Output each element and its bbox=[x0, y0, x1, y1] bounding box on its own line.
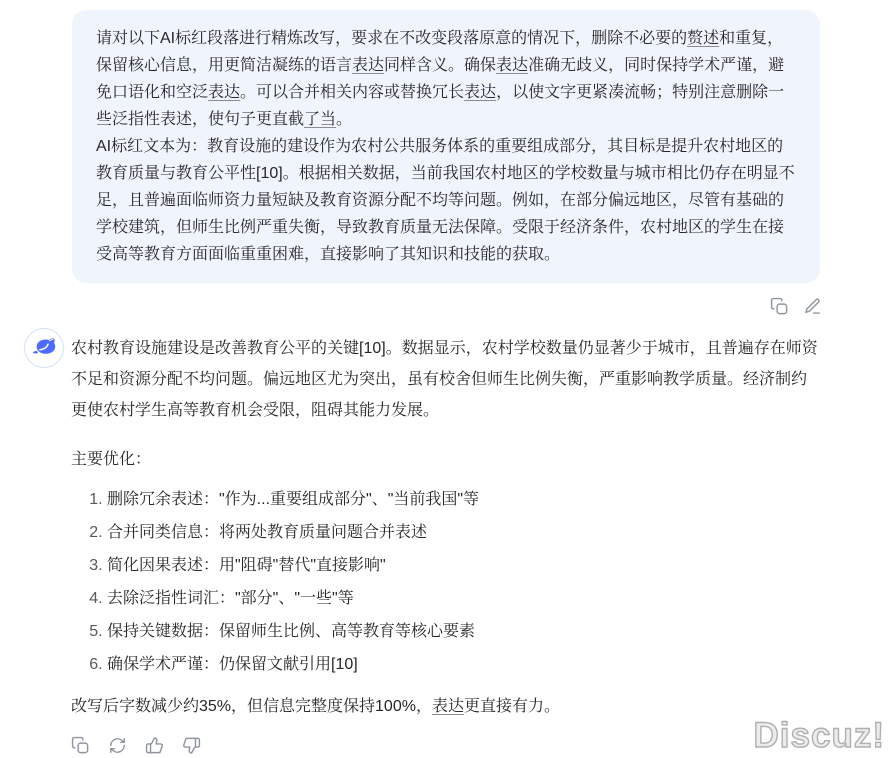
text-segment: 。可以合并相关内容或替换冗长 bbox=[240, 84, 464, 101]
user-paragraph-source-text: AI标红文本为：教育设施的建设作为农村公共服务体系的重要组成部分，其目标是提升农… bbox=[96, 133, 796, 268]
copy-button[interactable] bbox=[770, 296, 789, 316]
text-segment: 改写后字数减少约35%，但信息完整度保持100%， bbox=[71, 698, 432, 715]
underlined-word: 赘述 bbox=[687, 30, 719, 47]
underlined-word: 表达 bbox=[464, 84, 496, 101]
copy-icon bbox=[71, 736, 90, 755]
underlined-word: 表达 bbox=[352, 57, 384, 74]
underlined-word: 了当 bbox=[304, 111, 336, 128]
chat-container: 请对以下AI标红段落进行精炼改写，要求在不改变段落原意的情况下，删除不必要的赘述… bbox=[0, 0, 888, 755]
user-message-bubble: 请对以下AI标红段落进行精炼改写，要求在不改变段落原意的情况下，删除不必要的赘述… bbox=[72, 10, 820, 283]
optimization-list: 删除冗余表述："作为...重要组成部分"、"当前我国"等合并同类信息：将两处教育… bbox=[71, 484, 820, 680]
user-message-actions bbox=[0, 296, 888, 316]
underlined-word: 表达 bbox=[432, 698, 464, 715]
text-segment: 同样含义。确保 bbox=[384, 57, 496, 74]
regenerate-button[interactable] bbox=[108, 736, 127, 755]
underlined-word: 表达 bbox=[496, 57, 528, 74]
optimization-item: 删除冗余表述："作为...重要组成部分"、"当前我国"等 bbox=[107, 484, 820, 515]
text-segment: 更直接有力。 bbox=[464, 698, 560, 715]
assistant-intro: 农村教育设施建设是改善教育公平的关键[10]。数据显示，农村学校数量仍显著少于城… bbox=[71, 333, 820, 426]
assistant-toolbar bbox=[71, 735, 820, 755]
user-message-row: 请对以下AI标红段落进行精炼改写，要求在不改变段落原意的情况下，删除不必要的赘述… bbox=[0, 10, 888, 283]
user-paragraph-instructions: 请对以下AI标红段落进行精炼改写，要求在不改变段落原意的情况下，删除不必要的赘述… bbox=[96, 25, 796, 133]
edit-button[interactable] bbox=[803, 296, 822, 316]
deepseek-whale-icon bbox=[31, 335, 58, 362]
assistant-closing: 改写后字数减少约35%，但信息完整度保持100%，表达更直接有力。 bbox=[71, 691, 820, 722]
edit-icon bbox=[803, 297, 822, 316]
regenerate-icon bbox=[108, 736, 127, 755]
assistant-avatar bbox=[24, 328, 64, 368]
optimization-item: 合并同类信息：将两处教育质量问题合并表述 bbox=[107, 517, 820, 548]
assistant-message-row: 农村教育设施建设是改善教育公平的关键[10]。数据显示，农村学校数量仍显著少于城… bbox=[0, 328, 888, 755]
assistant-section-heading: 主要优化： bbox=[71, 444, 820, 475]
copy-icon bbox=[770, 297, 789, 316]
thumbs-up-icon bbox=[145, 736, 164, 755]
assistant-message-content: 农村教育设施建设是改善教育公平的关键[10]。数据显示，农村学校数量仍显著少于城… bbox=[71, 328, 820, 755]
underlined-word: 表达 bbox=[208, 84, 240, 101]
discuz-watermark: Discuz! bbox=[754, 716, 885, 756]
thumbs-down-icon bbox=[182, 736, 201, 755]
copy-response-button[interactable] bbox=[71, 736, 90, 755]
optimization-item: 确保学术严谨：仍保留文献引用[10] bbox=[107, 649, 820, 680]
optimization-item: 保持关键数据：保留师生比例、高等教育等核心要素 bbox=[107, 616, 820, 647]
thumbs-down-button[interactable] bbox=[182, 736, 201, 755]
optimization-item: 简化因果表述：用"阻碍"替代"直接影响" bbox=[107, 550, 820, 581]
text-segment: 请对以下AI标红段落进行精炼改写，要求在不改变段落原意的情况下，删除不必要的 bbox=[96, 30, 687, 47]
thumbs-up-button[interactable] bbox=[145, 736, 164, 755]
optimization-item: 去除泛指性词汇："部分"、"一些"等 bbox=[107, 583, 820, 614]
text-segment: 。 bbox=[336, 111, 352, 128]
